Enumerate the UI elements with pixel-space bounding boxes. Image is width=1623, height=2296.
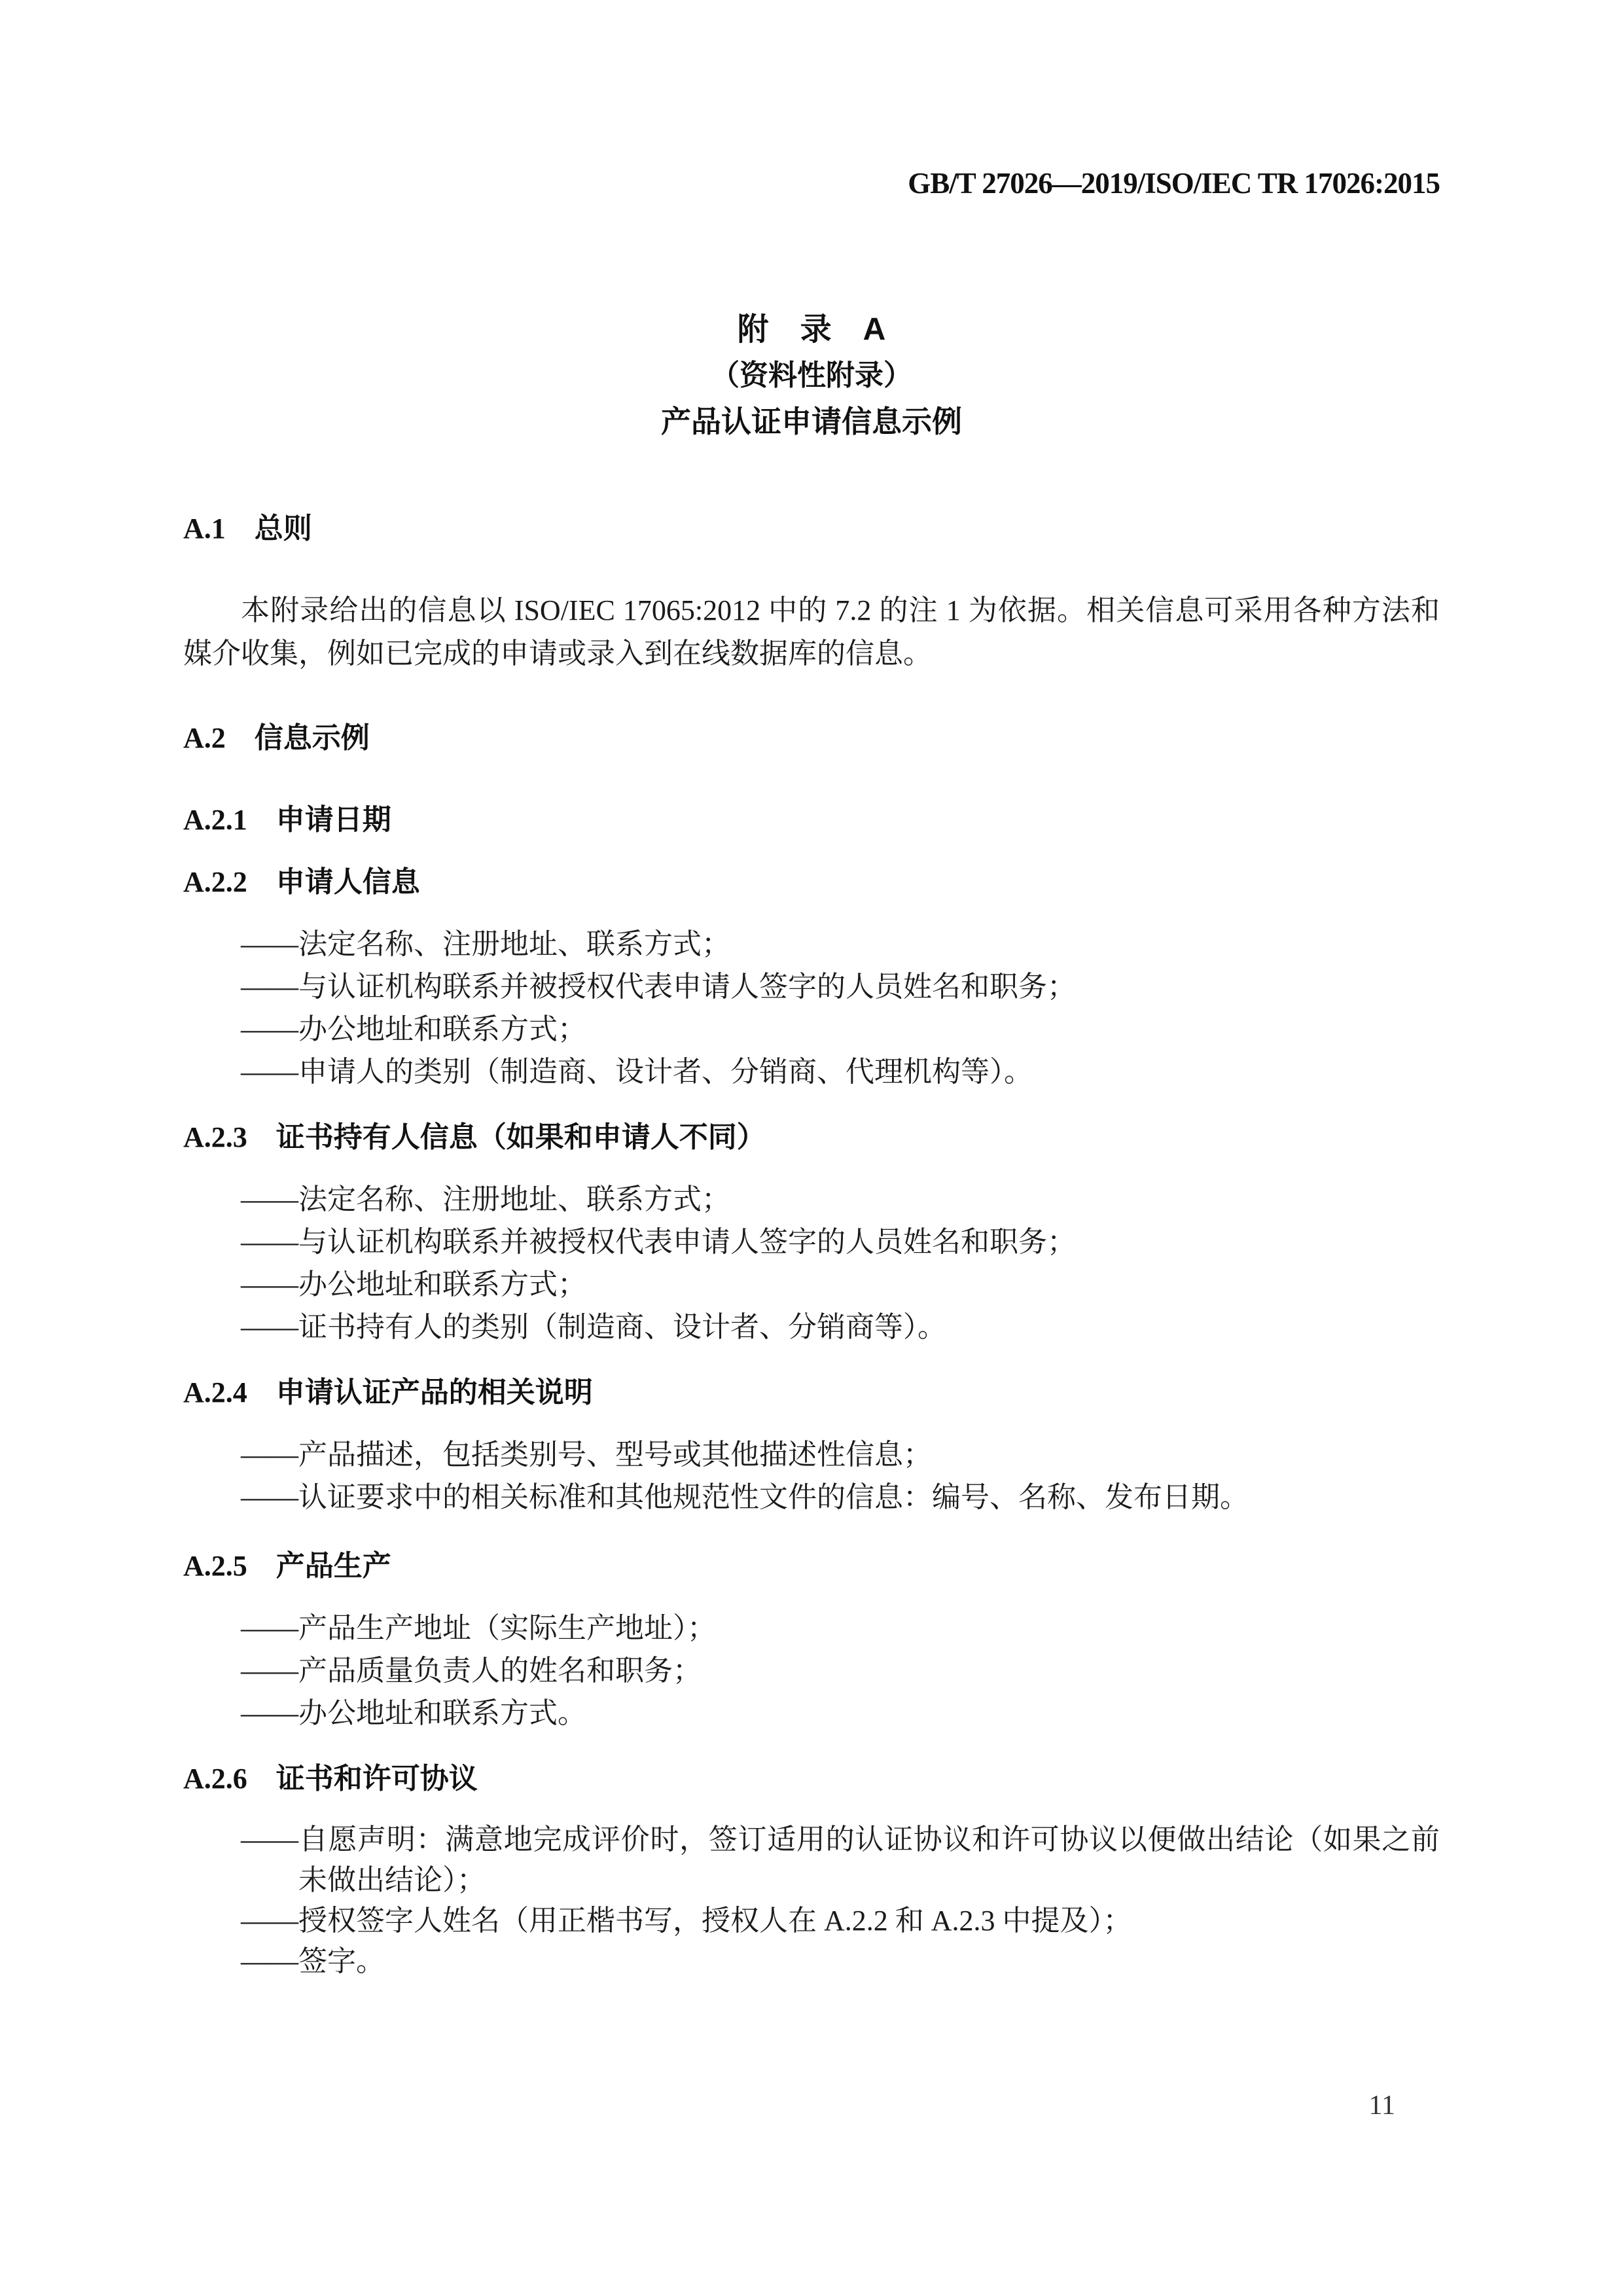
section-a23-list: ——法定名称、注册地址、联系方式； ——与认证机构联系并被授权代表申请人签字的人… — [241, 1178, 1440, 1348]
section-number: A.2.1 — [183, 804, 247, 836]
section-heading-a25: A.2.5产品生产 — [183, 1545, 1440, 1587]
list-item: ——证书持有人的类别（制造商、设计者、分销商等）。 — [241, 1306, 1440, 1348]
list-item: ——授权签字人姓名（用正楷书写，授权人在 A.2.2 和 A.2.3 中提及）； — [241, 1901, 1440, 1941]
list-item: ——产品描述，包括类别号、型号或其他描述性信息； — [241, 1433, 1440, 1476]
list-item: ——办公地址和联系方式； — [241, 1263, 1440, 1306]
list-item: ——产品生产地址（实际生产地址）； — [241, 1607, 1440, 1649]
section-title: 产品生产 — [276, 1550, 391, 1582]
section-title: 证书和许可协议 — [276, 1763, 478, 1795]
section-number: A.1 — [183, 512, 226, 545]
document-page: GB/T 27026—2019/ISO/IEC TR 17026:2015 附 … — [0, 0, 1623, 2296]
list-item: ——签字。 — [241, 1941, 1440, 1982]
section-number: A.2 — [183, 722, 226, 754]
list-item: ——自愿声明：满意地完成评价时，签订适用的认证协议和许可协议以便做出结论（如果之… — [241, 1820, 1440, 1901]
section-a26-list: ——自愿声明：满意地完成评价时，签订适用的认证协议和许可协议以便做出结论（如果之… — [241, 1820, 1440, 1982]
list-item: ——与认证机构联系并被授权代表申请人签字的人员姓名和职务； — [241, 1221, 1440, 1263]
page-number: 11 — [183, 2088, 1440, 2124]
section-a25-list: ——产品生产地址（实际生产地址）； ——产品质量负责人的姓名和职务； ——办公地… — [241, 1607, 1440, 1734]
section-heading-a2: A.2信息示例 — [183, 717, 1440, 759]
section-number: A.2.6 — [183, 1763, 247, 1795]
appendix-heading: 附 录 A — [183, 308, 1440, 352]
section-a24-list: ——产品描述，包括类别号、型号或其他描述性信息； ——认证要求中的相关标准和其他… — [241, 1433, 1440, 1518]
list-item: ——法定名称、注册地址、联系方式； — [241, 1178, 1440, 1221]
section-title: 证书持有人信息（如果和申请人不同） — [276, 1121, 766, 1153]
section-title: 申请日期 — [276, 804, 391, 836]
list-item: ——办公地址和联系方式； — [241, 1008, 1440, 1050]
section-title: 总则 — [255, 512, 312, 545]
section-heading-a22: A.2.2申请人信息 — [183, 861, 1440, 903]
section-number: A.2.4 — [183, 1376, 247, 1408]
section-a1-paragraph: 本附录给出的信息以 ISO/IEC 17065:2012 中的 7.2 的注 1… — [183, 589, 1440, 675]
section-title: 申请认证产品的相关说明 — [276, 1376, 593, 1408]
section-heading-a24: A.2.4申请认证产品的相关说明 — [183, 1371, 1440, 1414]
section-number: A.2.3 — [183, 1121, 247, 1153]
appendix-title: 产品认证申请信息示例 — [183, 399, 1440, 444]
section-heading-a21: A.2.1申请日期 — [183, 798, 1440, 841]
list-item: ——认证要求中的相关标准和其他规范性文件的信息：编号、名称、发布日期。 — [241, 1476, 1440, 1518]
running-head: GB/T 27026—2019/ISO/IEC TR 17026:2015 — [183, 164, 1440, 203]
list-item: ——与认证机构联系并被授权代表申请人签字的人员姓名和职务； — [241, 965, 1440, 1008]
section-a22-list: ——法定名称、注册地址、联系方式； ——与认证机构联系并被授权代表申请人签字的人… — [241, 923, 1440, 1093]
section-heading-a26: A.2.6证书和许可协议 — [183, 1757, 1440, 1800]
list-item: ——法定名称、注册地址、联系方式； — [241, 923, 1440, 965]
list-item: ——办公地址和联系方式。 — [241, 1692, 1440, 1734]
list-item: ——产品质量负责人的姓名和职务； — [241, 1649, 1440, 1692]
section-heading-a1: A.1总则 — [183, 507, 1440, 550]
section-number: A.2.2 — [183, 866, 247, 898]
appendix-subheading: （资料性附录） — [183, 353, 1440, 398]
section-title: 信息示例 — [255, 722, 370, 754]
list-item: ——申请人的类别（制造商、设计者、分销商、代理机构等）。 — [241, 1050, 1440, 1093]
section-heading-a23: A.2.3证书持有人信息（如果和申请人不同） — [183, 1116, 1440, 1158]
section-title: 申请人信息 — [276, 866, 420, 898]
section-number: A.2.5 — [183, 1550, 247, 1582]
